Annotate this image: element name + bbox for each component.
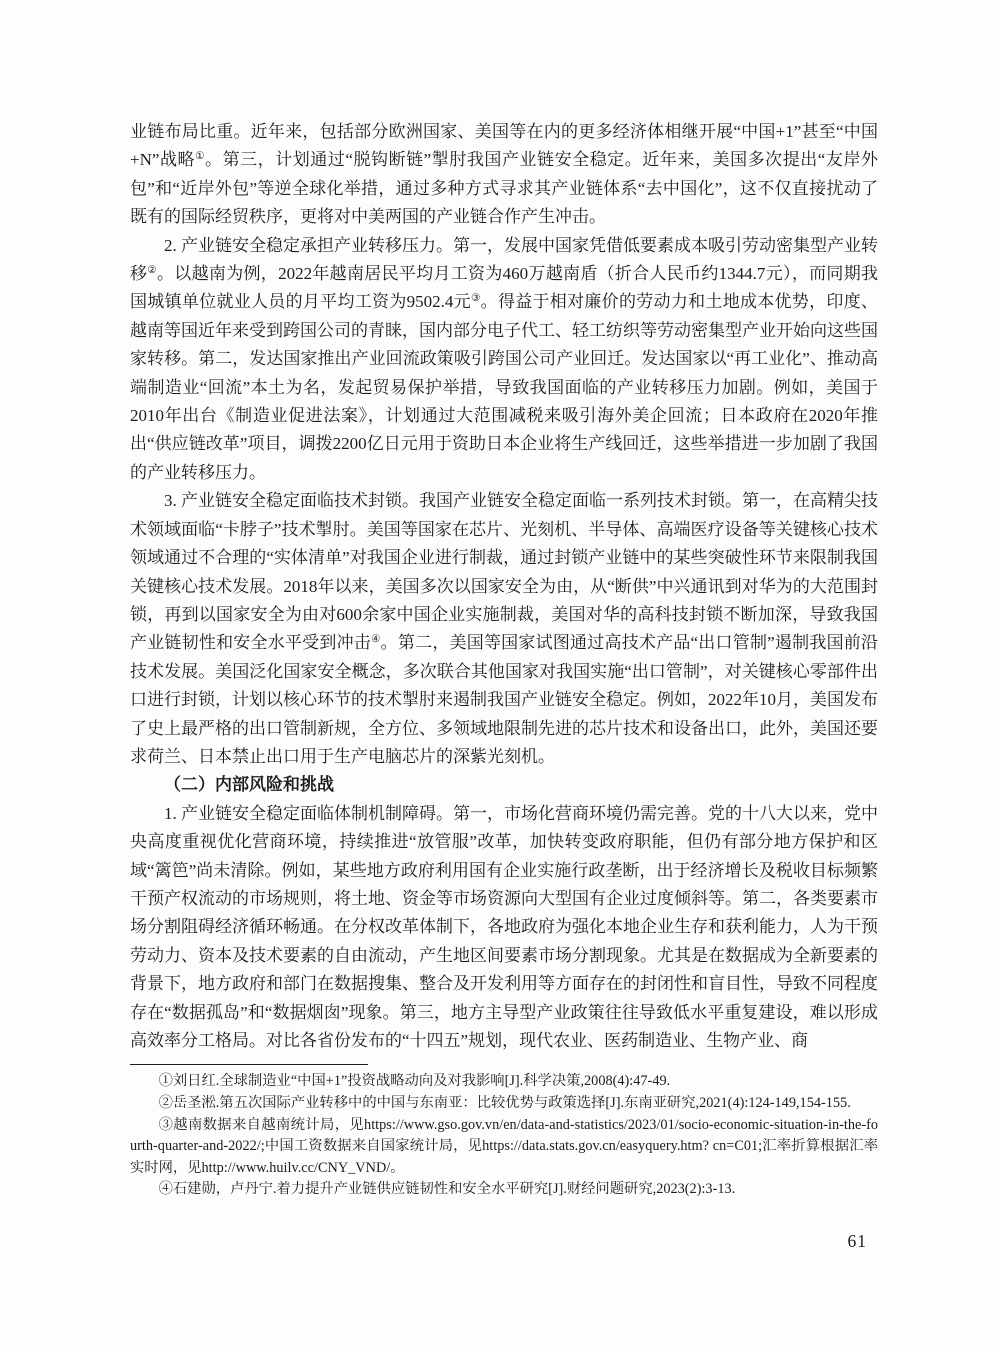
footnote-1: ①刘日红.全球制造业“中国+1”投资战略动向及对我影响[J].科学决策,2008… [130,1071,878,1093]
body-paragraph-2: 2. 产业链安全稳定承担产业转移压力。第一，发展中国家凭借低要素成本吸引劳动密集… [130,232,878,488]
footnote-3: ③越南数据来自越南统计局，见https://www.gso.gov.vn/en/… [130,1115,878,1180]
footnote-ref: ① [195,151,205,162]
document-page: 业链布局比重。近年来，包括部分欧洲国家、美国等在内的更多经济体相继开展“中国+1… [0,0,1000,1347]
footnote-ref: ③ [471,293,481,304]
body-paragraph-1: 业链布局比重。近年来，包括部分欧洲国家、美国等在内的更多经济体相继开展“中国+1… [130,118,878,232]
footnote-ref: ② [147,265,157,276]
body-paragraph-4: 1. 产业链安全稳定面临体制机制障碍。第一，市场化营商环境仍需完善。党的十八大以… [130,800,878,1056]
page-number: 61 [848,1231,868,1252]
section-heading: （二）内部风险和挑战 [130,771,878,799]
main-text-block: 业链布局比重。近年来，包括部分欧洲国家、美国等在内的更多经济体相继开展“中国+1… [130,118,878,1201]
footnote-2: ②岳圣淞.第五次国际产业转移中的中国与东南亚：比较优势与政策选择[J].东南亚研… [130,1093,878,1115]
body-paragraph-3: 3. 产业链安全稳定面临技术封锁。我国产业链安全稳定面临一系列技术封锁。第一，在… [130,487,878,771]
footnote-4: ④石建勋，卢丹宁.着力提升产业链供应链韧性和安全水平研究[J].财经问题研究,2… [130,1179,878,1201]
footnotes-block: ①刘日红.全球制造业“中国+1”投资战略动向及对我影响[J].科学决策,2008… [130,1071,878,1201]
footnote-divider [130,1064,368,1065]
footnote-ref: ④ [371,634,381,645]
